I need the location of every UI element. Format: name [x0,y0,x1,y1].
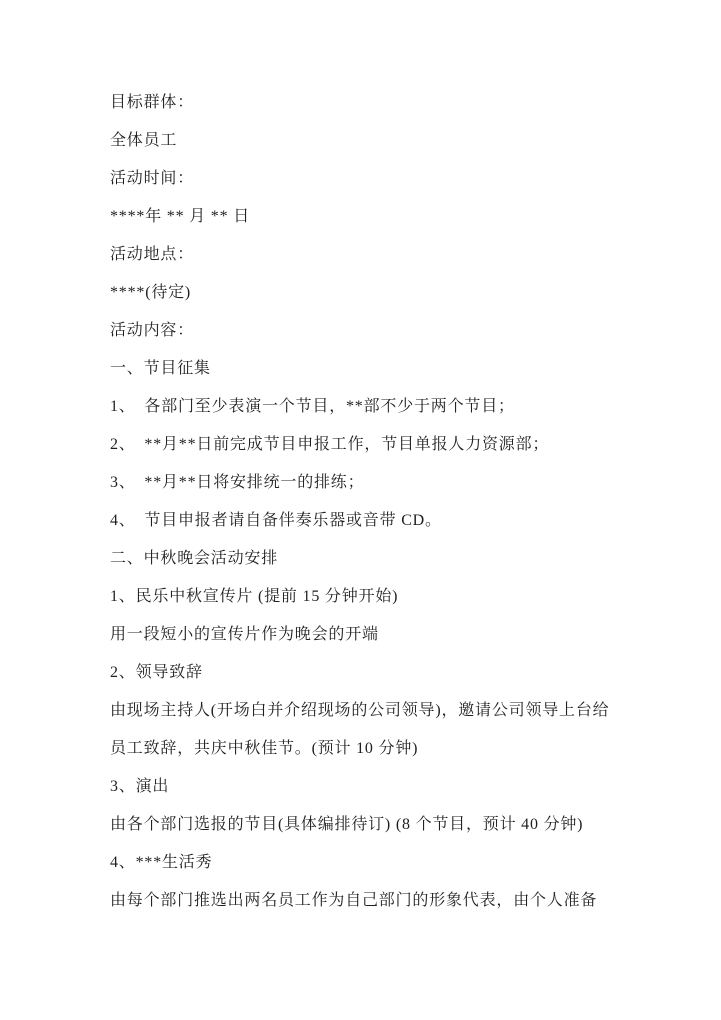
line-target-group-label: 目标群体： [110,84,630,122]
document-text-block: 目标群体： 全体员工 活动时间： ****年 ** 月 ** 日 活动地点： *… [110,84,630,920]
line-section2-item2: 2、领导致辞 [110,654,630,692]
line-section2-item3: 3、演出 [110,768,630,806]
line-event-place-label: 活动地点： [110,236,630,274]
line-section1-item1: 1、 各部门至少表演一个节目，**部不少于两个节目； [110,388,630,426]
line-section1-heading: 一、节目征集 [110,350,630,388]
line-event-place-value: ****(待定) [110,274,630,312]
line-section2-item2-desc-2: 员工致辞，共庆中秋佳节。(预计 10 分钟) [110,730,630,768]
line-target-group-value: 全体员工 [110,122,630,160]
line-section2-heading: 二、中秋晚会活动安排 [110,540,630,578]
line-event-content-label: 活动内容： [110,312,630,350]
line-section2-item4-desc: 由每个部门推选出两名员工作为自己部门的形象代表，由个人准备 [110,882,630,920]
line-section1-item3: 3、 **月**日将安排统一的排练； [110,464,630,502]
line-section2-item1: 1、民乐中秋宣传片 (提前 15 分钟开始) [110,578,630,616]
document-page: 目标群体： 全体员工 活动时间： ****年 ** 月 ** 日 活动地点： *… [0,0,721,1020]
line-event-time-value: ****年 ** 月 ** 日 [110,198,630,236]
line-section2-item4: 4、***生活秀 [110,844,630,882]
line-section1-item4: 4、 节目申报者请自备伴奏乐器或音带 CD。 [110,502,630,540]
line-section2-item1-desc: 用一段短小的宣传片作为晚会的开端 [110,616,630,654]
line-event-time-label: 活动时间： [110,160,630,198]
line-section2-item2-desc-1: 由现场主持人(开场白并介绍现场的公司领导)，邀请公司领导上台给 [110,692,630,730]
line-section1-item2: 2、 **月**日前完成节目申报工作，节目单报人力资源部； [110,426,630,464]
line-section2-item3-desc: 由各个部门选报的节目(具体编排待订) (8 个节目，预计 40 分钟) [110,806,630,844]
